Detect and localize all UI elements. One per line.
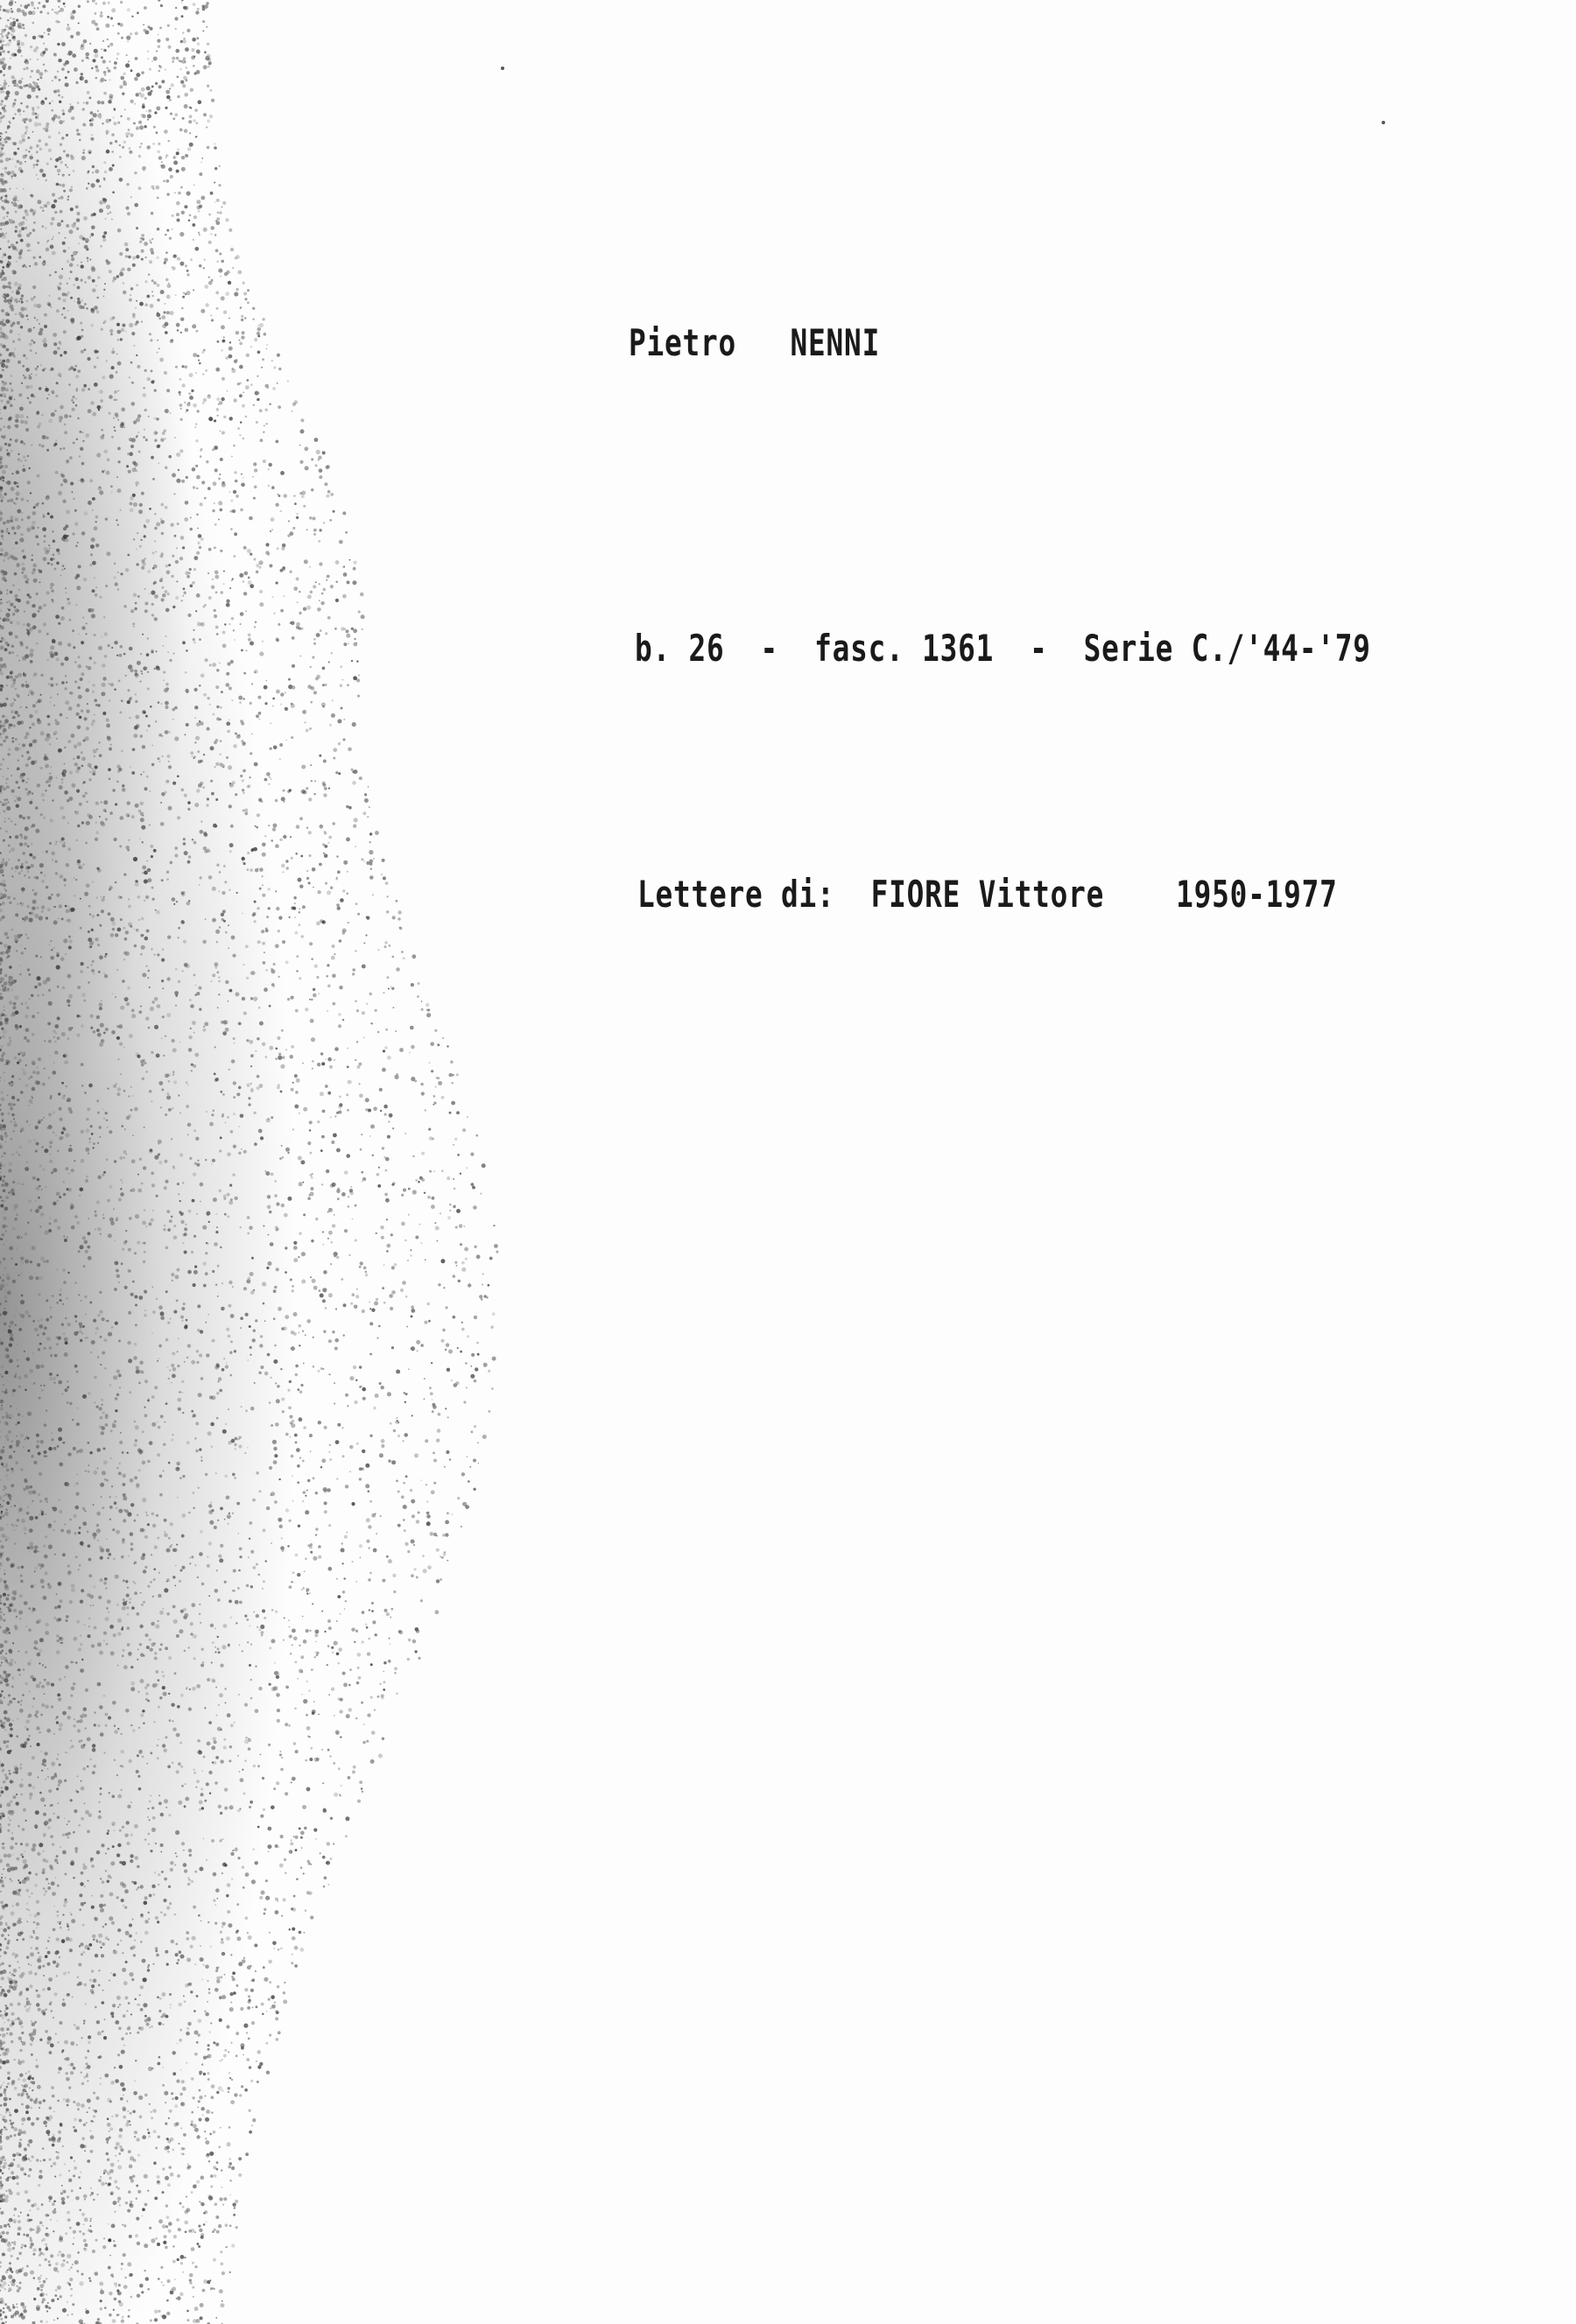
busta-number: b. 26	[635, 627, 725, 670]
date-range: 1950-1977	[1176, 873, 1338, 916]
archive-reference-line: b. 26 - fasc. 1361 - Serie C./'44-'79	[563, 584, 1371, 713]
letters-line: Lettere di: FIORE Vittore 1950-1977	[566, 830, 1338, 958]
letters-label: Lettere di:	[637, 873, 835, 916]
last-name: NENNI	[791, 321, 881, 364]
first-name: Pietro	[629, 321, 736, 364]
serie-label: Serie C./'44-'79	[1084, 627, 1371, 670]
author-name-line: Pietro NENNI	[557, 278, 880, 407]
fascicolo-number: fasc. 1361	[814, 627, 994, 670]
speck	[1382, 121, 1385, 124]
speck	[501, 67, 504, 70]
scanned-page: Pietro NENNI b. 26 - fasc. 1361 - Serie …	[0, 0, 1576, 2324]
correspondent-name: FIORE Vittore	[871, 873, 1105, 916]
